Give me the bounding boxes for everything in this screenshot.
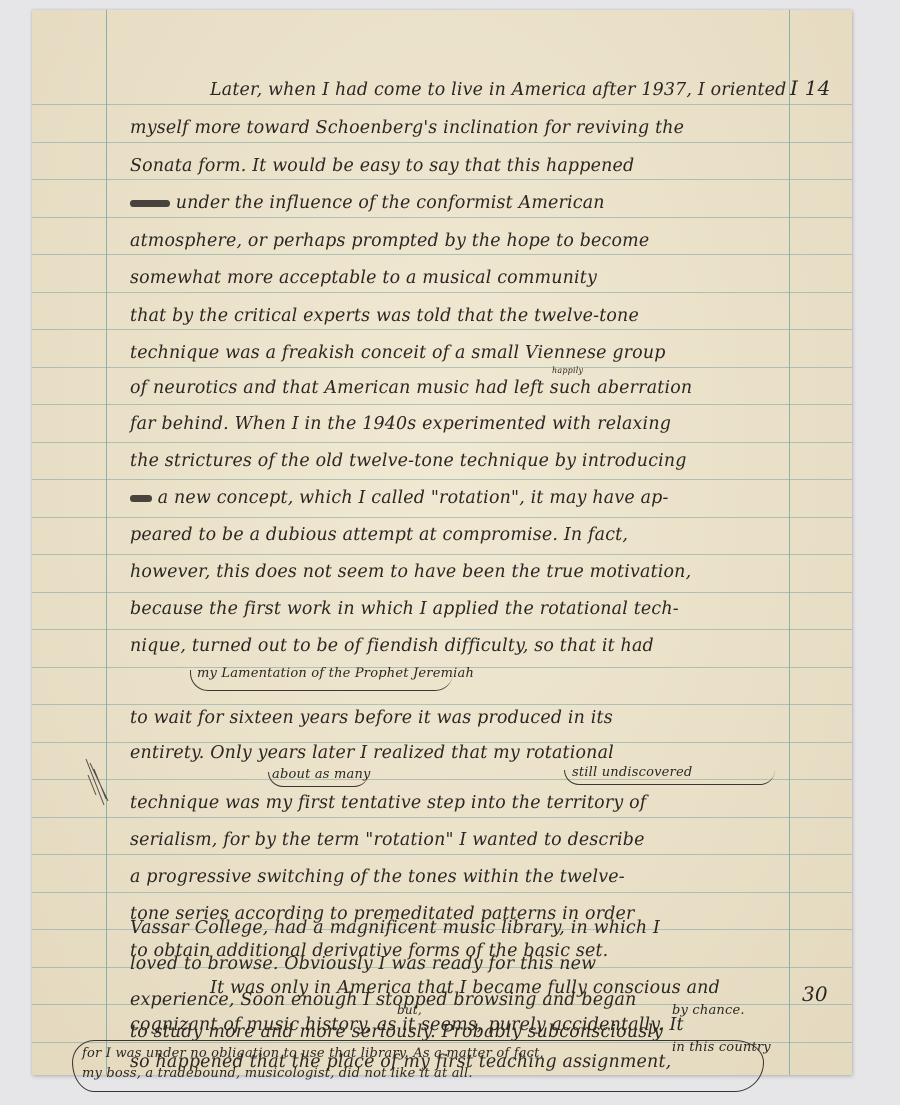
page-marker: I 14	[790, 76, 831, 100]
text-line: technique was my first tentative step in…	[130, 793, 646, 813]
rule-line	[32, 254, 852, 255]
text-line: to study more and more seriously. Probab…	[130, 1022, 663, 1042]
pencil-scribble-mark	[82, 755, 112, 815]
text-line: to wait for sixteen years before it was …	[130, 708, 613, 728]
rule-line	[32, 329, 852, 330]
right-margin-line	[789, 10, 790, 1075]
rule-line	[32, 592, 852, 593]
rule-line	[32, 517, 852, 518]
text-line: a new concept, which I called "rotation"…	[130, 488, 669, 508]
rule-line	[32, 404, 852, 405]
text-line: because the first work in which I applie…	[130, 599, 679, 619]
text-line: atmosphere, or perhaps prompted by the h…	[130, 231, 649, 251]
text-line: the strictures of the old twelve-tone te…	[130, 451, 687, 471]
insertion-happily: happily	[552, 366, 583, 375]
text-line: myself more toward Schoenberg's inclinat…	[130, 118, 684, 138]
rule-line	[32, 854, 852, 855]
text-line: technique was a freakish conceit of a sm…	[130, 343, 666, 363]
text-line: that by the critical experts was told th…	[130, 306, 639, 326]
text-line: far behind. When I in the 1940s experime…	[130, 414, 671, 434]
text-line: of neurotics and that American music had…	[130, 378, 692, 398]
rule-line	[32, 704, 852, 705]
rule-line	[32, 292, 852, 293]
text-line: nique, turned out to be of fiendish diff…	[130, 636, 654, 656]
rule-line	[32, 179, 852, 180]
text-line: a progressive switching of the tones wit…	[130, 867, 625, 887]
insertion-still-undiscovered: still undiscovered	[572, 765, 692, 780]
encircled-text-line: my boss, a tradebound, musicologist, did…	[82, 1066, 473, 1081]
manuscript-page: I 14 30 Later, when I had come to live i…	[32, 10, 852, 1075]
rule-line	[32, 479, 852, 480]
left-margin-line	[106, 10, 107, 1075]
rule-line	[32, 629, 852, 630]
rule-line	[32, 554, 852, 555]
text-line: Later, when I had come to live in Americ…	[210, 80, 787, 100]
text-line: somewhat more acceptable to a musical co…	[130, 268, 597, 288]
text-line: under the influence of the conformist Am…	[130, 193, 605, 213]
text-line: loved to browse. Obviously I was ready f…	[130, 954, 596, 974]
text-line: Vassar College, had a magnificent music …	[130, 918, 660, 938]
insertion-about-as-many: about as many	[272, 767, 371, 782]
rule-line	[32, 367, 852, 368]
text-line: however, this does not seem to have been…	[130, 562, 691, 582]
text-line: serialism, for by the term "rotation" I …	[130, 830, 645, 850]
encircled-text-line: for I was under no obligation to use tha…	[82, 1046, 544, 1061]
rule-line	[32, 142, 852, 143]
insertion-lamentation: my Lamentation of the Prophet Jeremiah	[197, 666, 474, 681]
ink-blot	[130, 495, 152, 502]
text-line: experience, Soon enough I stopped browsi…	[130, 990, 636, 1010]
text-line: entirety. Only years later I realized th…	[130, 743, 614, 763]
text-line: peared to be a dubious attempt at compro…	[130, 525, 628, 545]
margin-note-number: 30	[802, 982, 828, 1006]
rule-line	[32, 817, 852, 818]
ink-blot	[130, 200, 170, 207]
rule-line	[32, 442, 852, 443]
text-line: Sonata form. It would be easy to say tha…	[130, 156, 634, 176]
rule-line	[32, 892, 852, 893]
rule-line	[32, 104, 852, 105]
rule-line	[32, 217, 852, 218]
